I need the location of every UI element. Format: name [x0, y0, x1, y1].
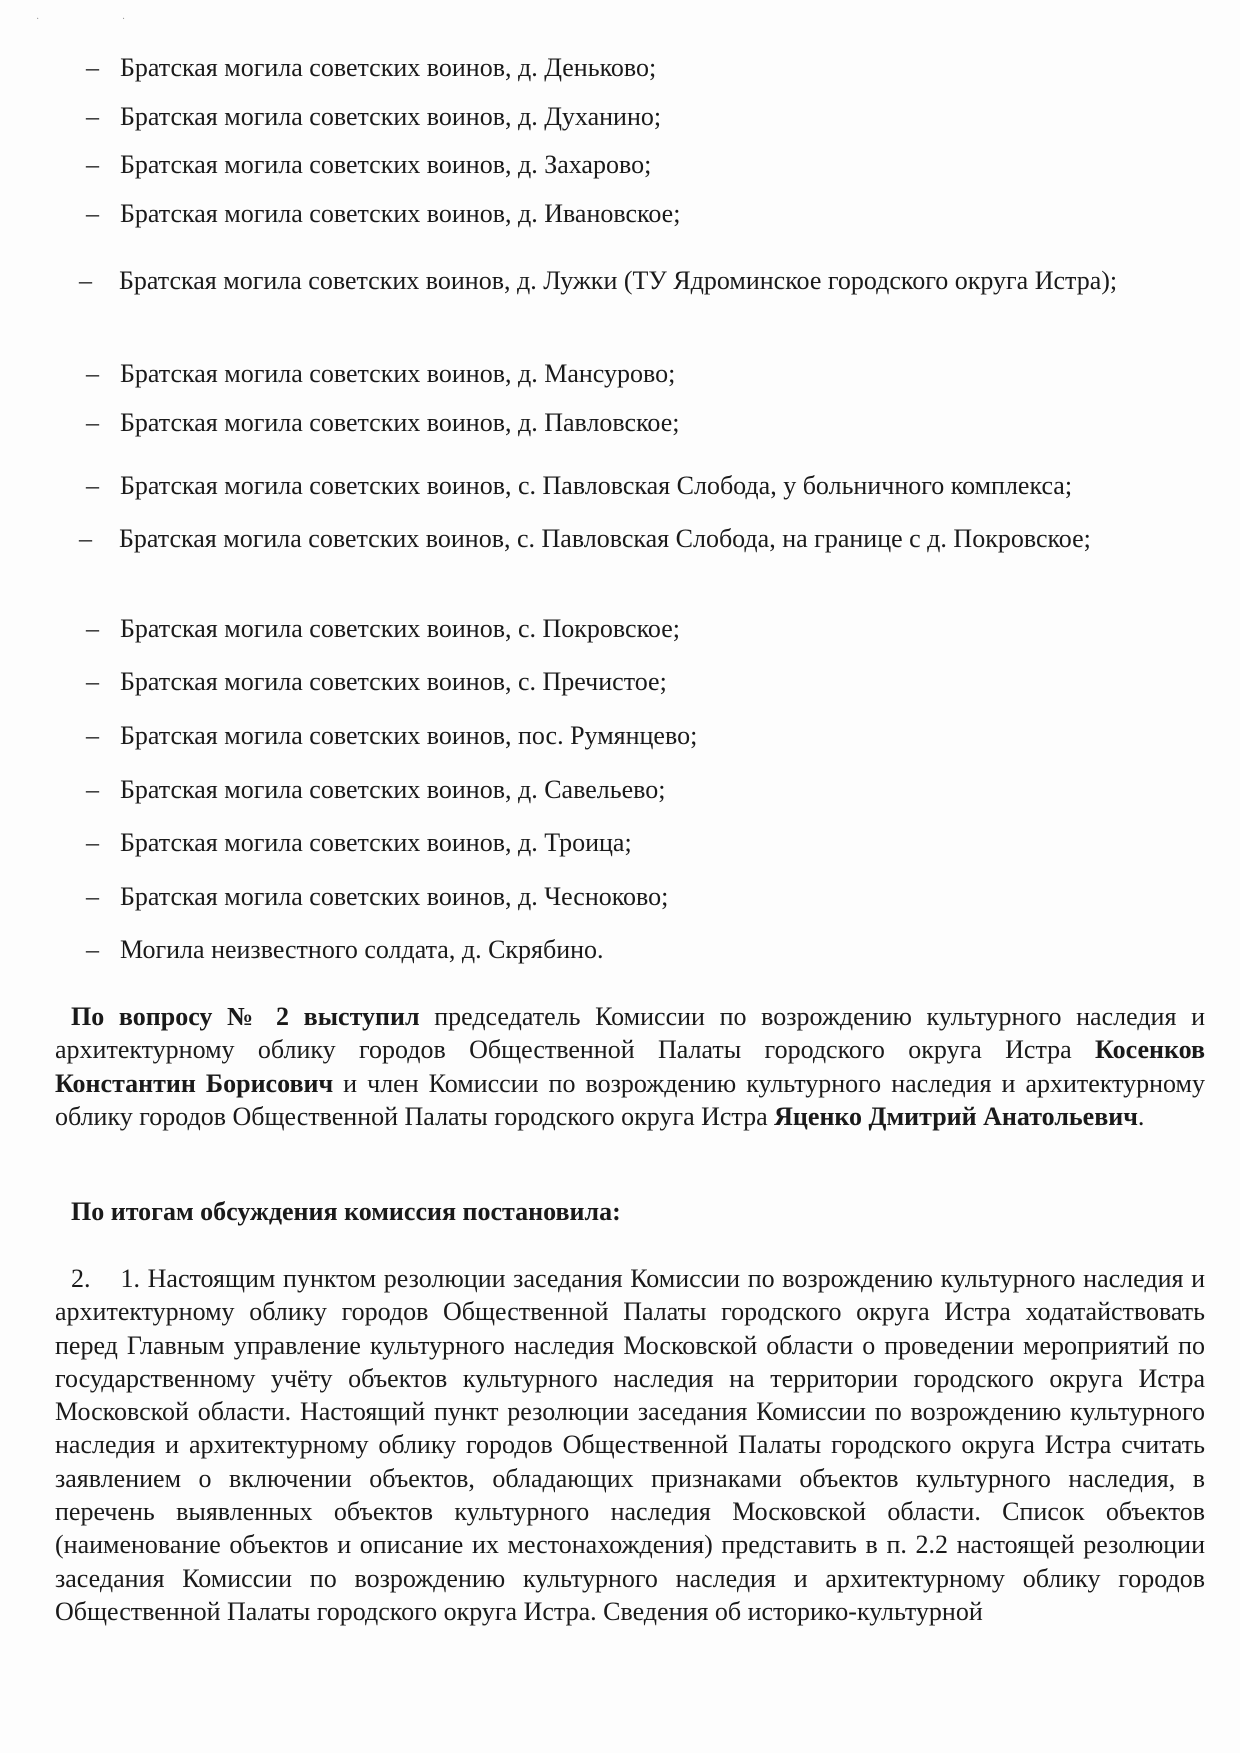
resolution-paragraph: 2.1. Настоящим пунктом резолюции заседан… [55, 1262, 1205, 1628]
list-item: –Братская могила советских воинов, д. Ма… [86, 358, 675, 390]
list-item: –Братская могила советских воинов, д. Че… [86, 881, 668, 913]
list-item: –Могила неизвестного солдата, д. Скрябин… [86, 934, 604, 966]
list-item: –Братская могила советских воинов, с. По… [86, 613, 680, 645]
document-page: · · –Братская могила советских воинов, д… [0, 0, 1240, 1753]
list-item: –Братская могила советских воинов, с. Пр… [86, 666, 667, 698]
list-item: –Братская могила советских воинов, д. Са… [86, 774, 665, 806]
list-item: –Братская могила советских воинов, д. За… [86, 149, 651, 181]
list-item: –Братская могила советских воинов, д. Де… [86, 52, 656, 84]
list-item: –Братская могила советских воинов, д. Ив… [86, 198, 680, 230]
speaker-paragraph: По вопросу № 2 выступил председатель Ком… [55, 1000, 1205, 1133]
list-item: –Братская могила советских воинов, с. Па… [86, 470, 1072, 502]
list-item: –Братская могила советских воинов, д. Па… [86, 407, 679, 439]
scan-specks: · · [36, 14, 165, 25]
list-item: –Братская могила советских воинов, д. Тр… [86, 827, 632, 859]
list-item: –Братская могила советских воинов, пос. … [86, 720, 697, 752]
list-item: –Братская могила советских воинов, д. Ду… [86, 101, 661, 133]
list-item: –Братская могила советских воинов, с. Па… [55, 522, 1205, 555]
list-item: –Братская могила советских воинов, д. Лу… [55, 264, 1205, 297]
resolution-heading: По итогам обсуждения комиссия постановил… [71, 1197, 621, 1227]
